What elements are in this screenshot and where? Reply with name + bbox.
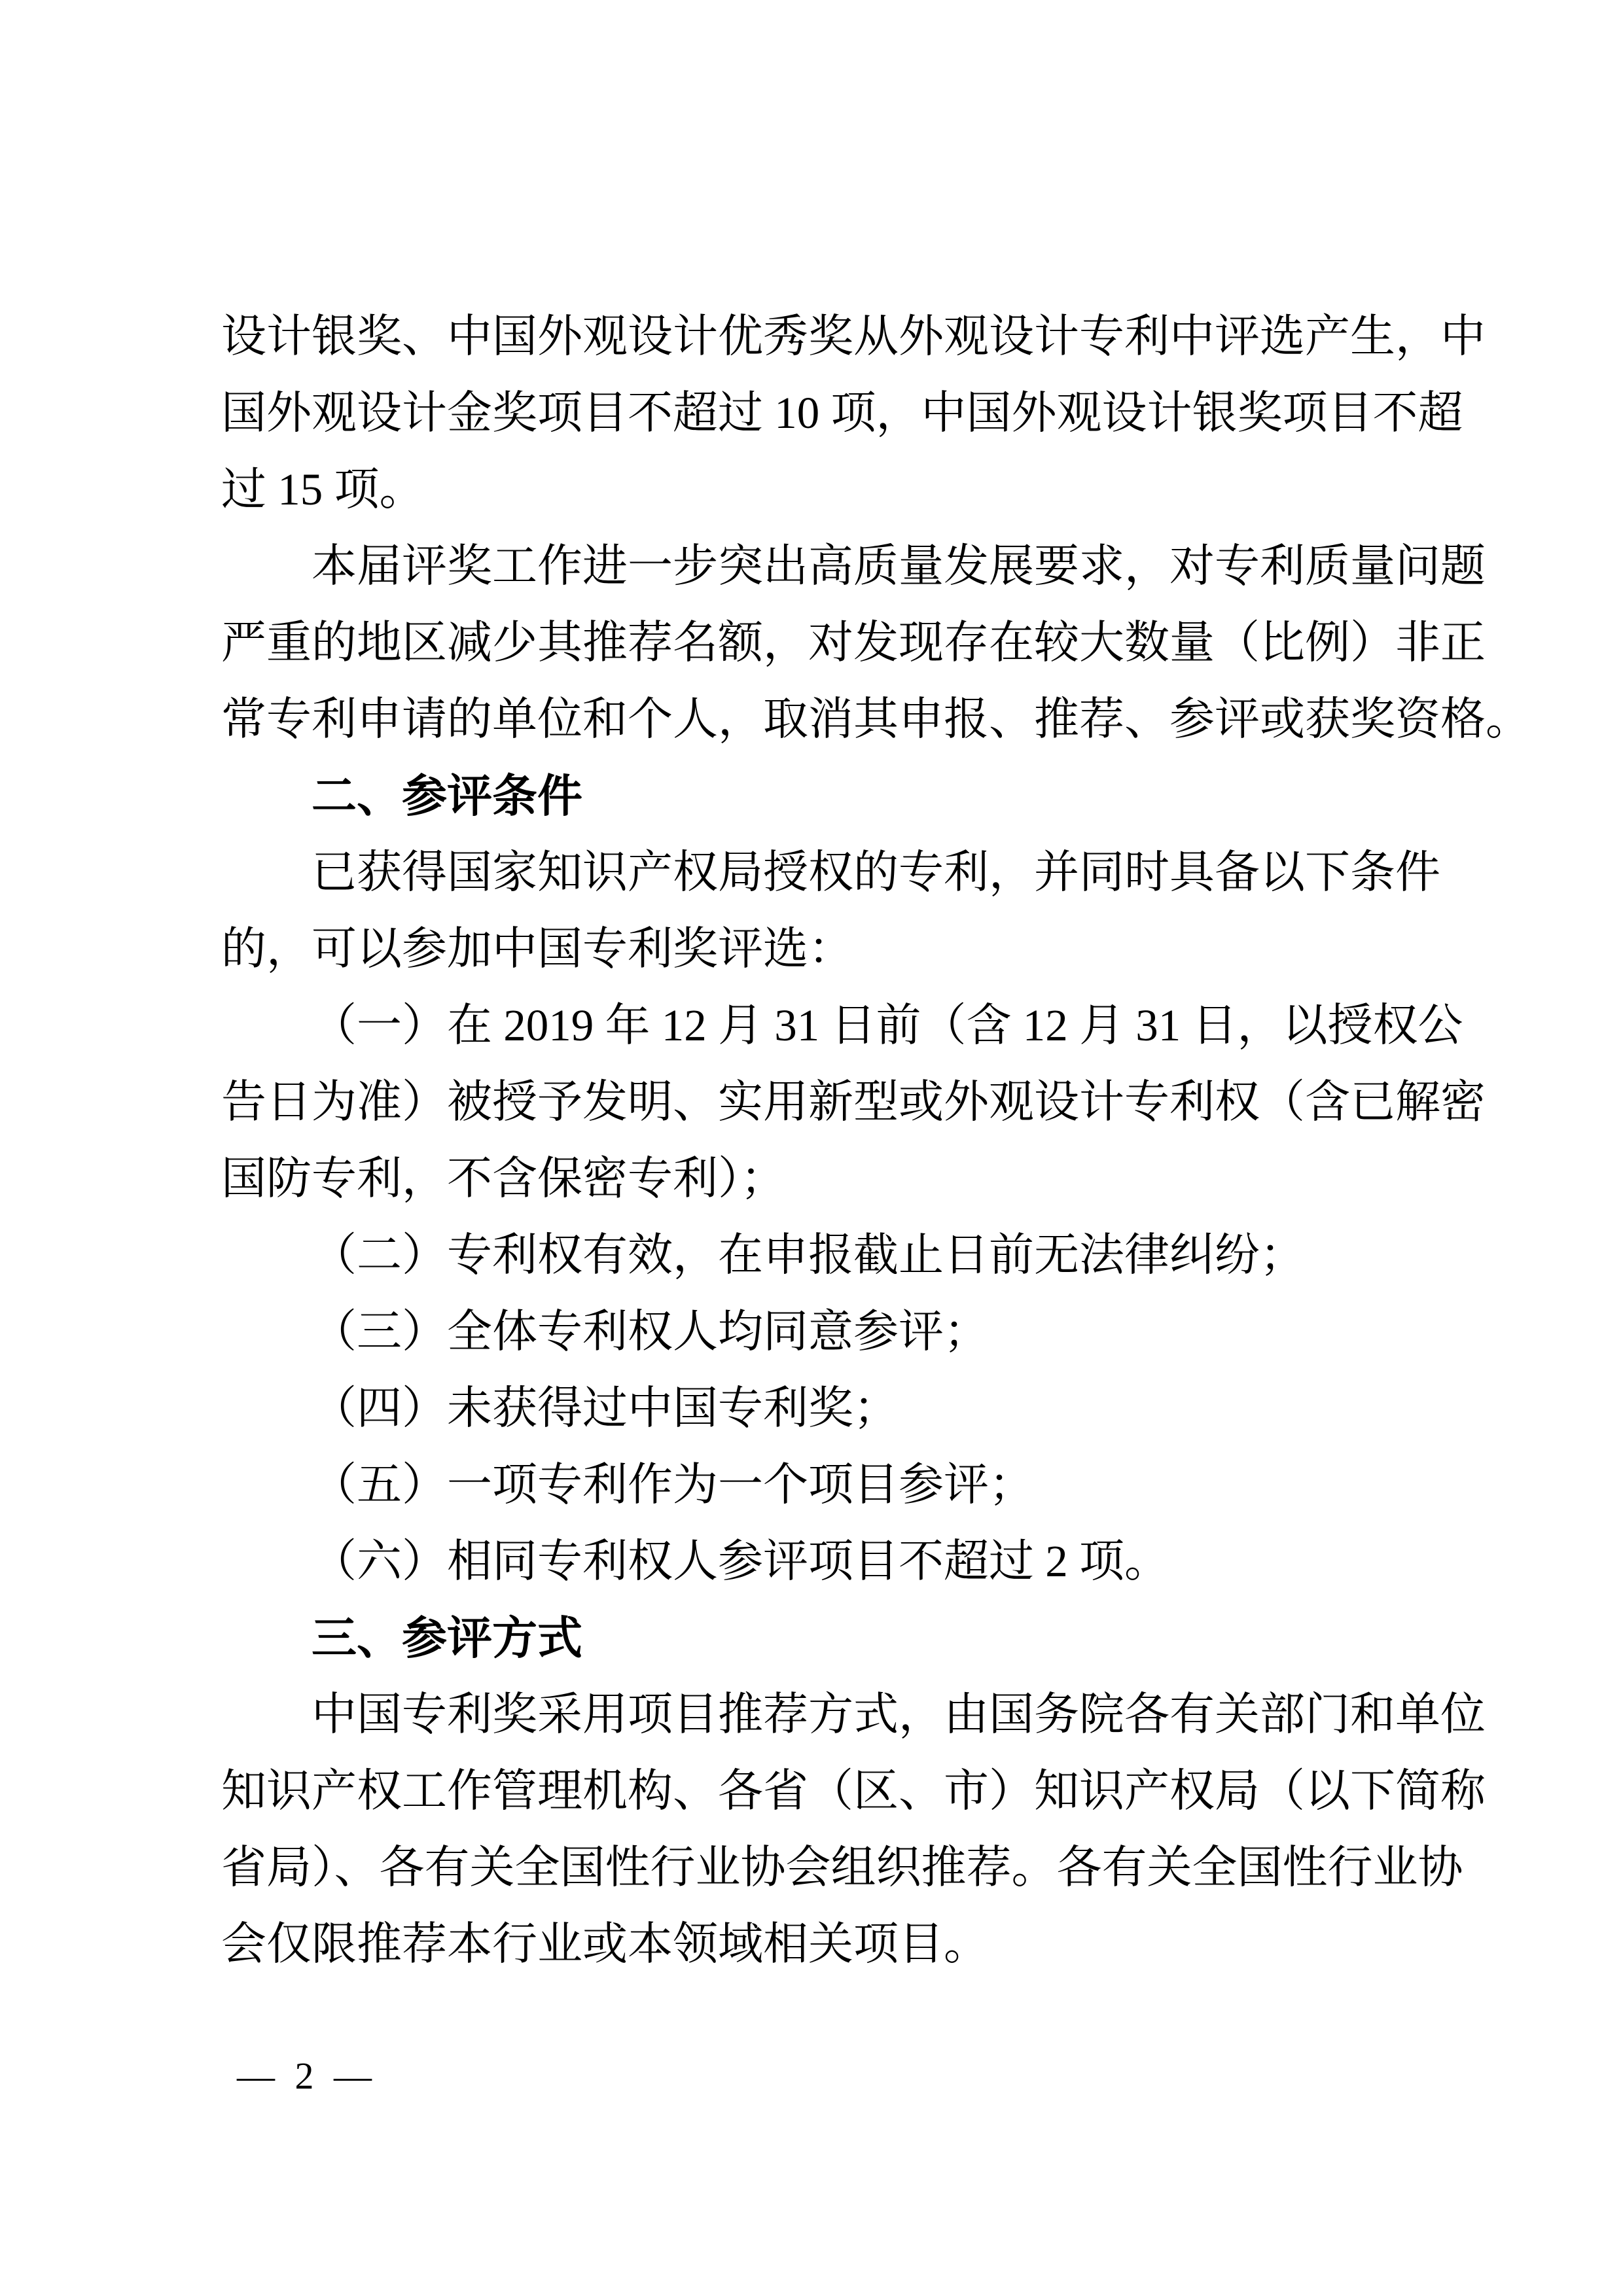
page-number: — 2 —: [237, 2047, 377, 2106]
text-line: 国防专利，不含保密专利）；: [221, 1140, 1475, 1217]
document-page: 设计银奖、中国外观设计优秀奖从外观设计专利中评选产生，中国外观设计金奖项目不超过…: [0, 0, 1623, 2296]
text-line: 省局）、各有关全国性行业协会组织推荐。各有关全国性行业协: [221, 1829, 1475, 1906]
text-line: 过 15 项。: [221, 451, 1475, 528]
text-line: 常专利申请的单位和个人，取消其申报、推荐、参评或获奖资格。: [221, 681, 1475, 758]
section-heading: 三、参评方式: [221, 1600, 1475, 1676]
section-heading: 二、参评条件: [221, 758, 1475, 834]
text-line: （五）一项专利作为一个项目参评；: [221, 1447, 1475, 1523]
text-line: 严重的地区减少其推荐名额，对发现存在较大数量（比例）非正: [221, 605, 1475, 681]
text-line: 已获得国家知识产权局授权的专利，并同时具备以下条件: [221, 834, 1475, 911]
text-line: 的，可以参加中国专利奖评选：: [221, 911, 1475, 987]
document-body: 设计银奖、中国外观设计优秀奖从外观设计专利中评选产生，中国外观设计金奖项目不超过…: [221, 298, 1475, 1983]
text-line: （六）相同专利权人参评项目不超过 2 项。: [221, 1523, 1475, 1600]
text-line: 告日为准）被授予发明、实用新型或外观设计专利权（含已解密: [221, 1064, 1475, 1140]
text-line: （二）专利权有效，在申报截止日前无法律纠纷；: [221, 1217, 1475, 1294]
text-line: 会仅限推荐本行业或本领域相关项目。: [221, 1906, 1475, 1983]
text-line: 中国专利奖采用项目推荐方式，由国务院各有关部门和单位: [221, 1676, 1475, 1753]
text-line: 知识产权工作管理机构、各省（区、市）知识产权局（以下简称: [221, 1753, 1475, 1829]
text-line: （四）未获得过中国专利奖；: [221, 1370, 1475, 1447]
text-line: （一）在 2019 年 12 月 31 日前（含 12 月 31 日，以授权公: [221, 987, 1475, 1064]
text-line: 设计银奖、中国外观设计优秀奖从外观设计专利中评选产生，中: [221, 298, 1475, 375]
text-line: （三）全体专利权人均同意参评；: [221, 1294, 1475, 1370]
text-line: 国外观设计金奖项目不超过 10 项，中国外观设计银奖项目不超: [221, 375, 1475, 451]
text-line: 本届评奖工作进一步突出高质量发展要求，对专利质量问题: [221, 528, 1475, 605]
